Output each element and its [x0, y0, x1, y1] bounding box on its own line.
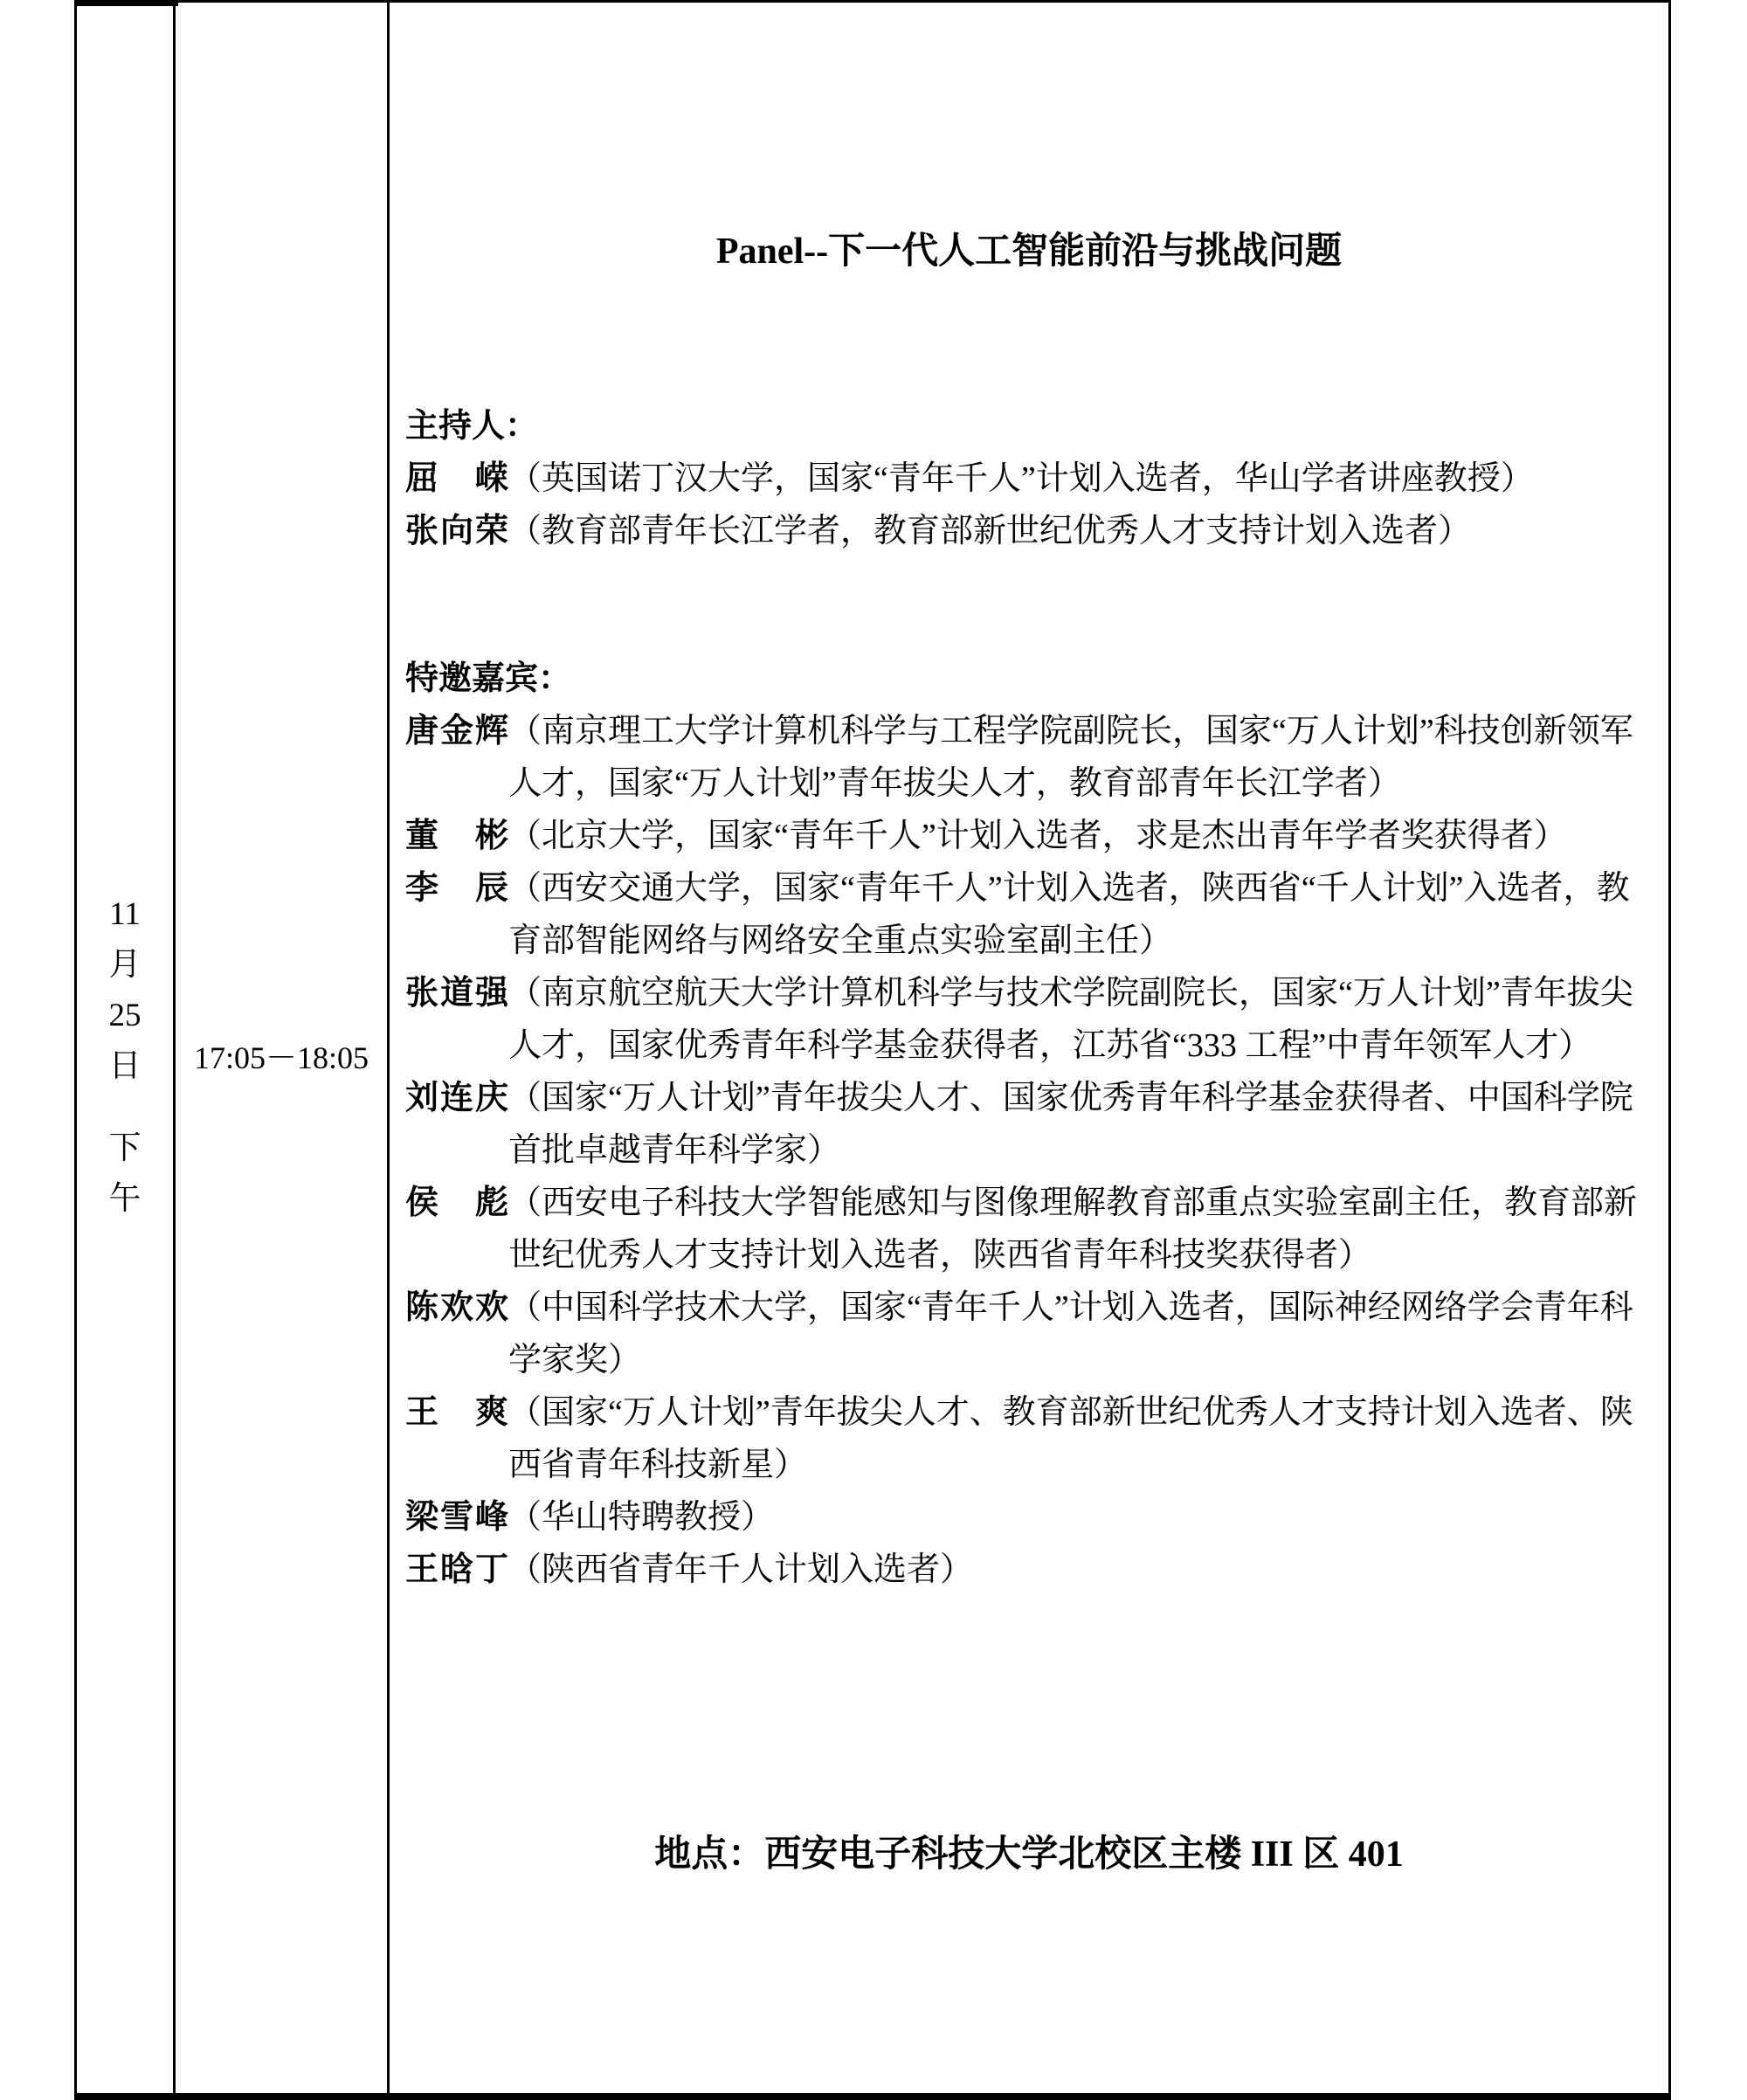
date-period: 下 午: [77, 1123, 173, 1225]
person-name: 陈欢欢: [405, 1281, 508, 1334]
person-name: 王爽: [405, 1386, 508, 1439]
session-location: 地点：西安电子科技大学北校区主楼 III 区 401: [390, 1828, 1668, 1881]
guests-block: 特邀嘉宾： 唐金辉 （南京理工大学计算机科学与工程学院副院长，国家“万人计划”科…: [405, 653, 1649, 1596]
person-name: 张道强: [405, 967, 508, 1019]
person-description: （英国诺丁汉大学，国家“青年千人”计划入选者，华山学者讲座教授）: [508, 452, 1649, 505]
person-entry: 王爽 （国家“万人计划”青年拔尖人才、教育部新世纪优秀人才支持计划入选者、陕西省…: [405, 1386, 1649, 1491]
moderators-block: 主持人： 屈嵘 （英国诺丁汉大学，国家“青年千人”计划入选者，华山学者讲座教授）…: [405, 400, 1649, 557]
person-name: 屈嵘: [405, 452, 508, 505]
person-entry: 王晗丁 （陕西省青年千人计划入选者）: [405, 1544, 1649, 1596]
moderators-label: 主持人：: [405, 400, 1649, 452]
person-description: （南京理工大学计算机科学与工程学院副院长，国家“万人计划”科技创新领军人才，国家…: [508, 705, 1649, 810]
date-month-day: 11 月 25 日: [77, 889, 173, 1092]
person-name: 侯彪: [405, 1177, 508, 1229]
person-description: （中国科学技术大学，国家“青年千人”计划入选者，国际神经网络学会青年科学家奖）: [508, 1281, 1649, 1386]
date-character: 月: [77, 940, 173, 991]
date-character: 日: [77, 1041, 173, 1092]
person-entry: 陈欢欢 （中国科学技术大学，国家“青年千人”计划入选者，国际神经网络学会青年科学…: [405, 1281, 1649, 1386]
time-range: 17:05－18:05: [176, 1032, 387, 1084]
person-description: （西安电子科技大学智能感知与图像理解教育部重点实验室副主任，教育部新世纪优秀人才…: [508, 1177, 1649, 1281]
person-name: 刘连庆: [405, 1072, 508, 1124]
person-entry: 屈嵘 （英国诺丁汉大学，国家“青年千人”计划入选者，华山学者讲座教授）: [405, 452, 1649, 505]
person-name: 张向荣: [405, 505, 508, 557]
time-cell: 17:05－18:05: [176, 3, 390, 2093]
person-name: 梁雪峰: [405, 1491, 508, 1544]
person-entry: 唐金辉 （南京理工大学计算机科学与工程学院副院长，国家“万人计划”科技创新领军人…: [405, 705, 1649, 810]
date-character: 午: [77, 1174, 173, 1225]
guests-label: 特邀嘉宾：: [405, 653, 1649, 705]
person-description: （国家“万人计划”青年拔尖人才、教育部新世纪优秀人才支持计划入选者、陕西省青年科…: [508, 1386, 1649, 1491]
schedule-table: 11 月 25 日 下 午 17:05－18:05 Panel--下一代人工智能…: [74, 0, 1671, 2100]
person-entry: 李辰 （西安交通大学，国家“青年千人”计划入选者，陕西省“千人计划”入选者，教育…: [405, 862, 1649, 967]
person-description: （国家“万人计划”青年拔尖人才、国家优秀青年科学基金获得者、中国科学院首批卓越青…: [508, 1072, 1649, 1177]
person-entry: 张向荣 （教育部青年长江学者，教育部新世纪优秀人才支持计划入选者）: [405, 505, 1649, 557]
person-description: （西安交通大学，国家“青年千人”计划入选者，陕西省“千人计划”入选者，教育部智能…: [508, 862, 1649, 967]
person-description: （北京大学，国家“青年千人”计划入选者，求是杰出青年学者奖获得者）: [508, 810, 1649, 862]
person-name: 唐金辉: [405, 705, 508, 757]
person-description: （教育部青年长江学者，教育部新世纪优秀人才支持计划入选者）: [508, 505, 1649, 557]
person-entry: 梁雪峰 （华山特聘教授）: [405, 1491, 1649, 1544]
person-name: 王晗丁: [405, 1544, 508, 1596]
person-entry: 侯彪 （西安电子科技大学智能感知与图像理解教育部重点实验室副主任，教育部新世纪优…: [405, 1177, 1649, 1281]
person-entry: 张道强 （南京航空航天大学计算机科学与技术学院副院长，国家“万人计划”青年拔尖人…: [405, 967, 1649, 1072]
date-character: 下: [77, 1123, 173, 1174]
person-entry: 刘连庆 （国家“万人计划”青年拔尖人才、国家优秀青年科学基金获得者、中国科学院首…: [405, 1072, 1649, 1177]
date-cell: 11 月 25 日 下 午: [77, 3, 176, 2093]
date-character: 25: [77, 991, 173, 1041]
person-description: （华山特聘教授）: [508, 1491, 1649, 1544]
person-description: （南京航空航天大学计算机科学与技术学院副院长，国家“万人计划”青年拔尖人才，国家…: [508, 967, 1649, 1072]
moderators-list: 屈嵘 （英国诺丁汉大学，国家“青年千人”计划入选者，华山学者讲座教授） 张向荣 …: [405, 452, 1649, 557]
date-character: 11: [77, 889, 173, 940]
person-name: 李辰: [405, 862, 508, 915]
person-name: 董彬: [405, 810, 508, 862]
person-entry: 董彬 （北京大学，国家“青年千人”计划入选者，求是杰出青年学者奖获得者）: [405, 810, 1649, 862]
session-title: Panel--下一代人工智能前沿与挑战问题: [390, 225, 1668, 278]
session-cell: Panel--下一代人工智能前沿与挑战问题 主持人： 屈嵘 （英国诺丁汉大学，国…: [390, 3, 1668, 2093]
person-description: （陕西省青年千人计划入选者）: [508, 1544, 1649, 1596]
guests-list: 唐金辉 （南京理工大学计算机科学与工程学院副院长，国家“万人计划”科技创新领军人…: [405, 705, 1649, 1596]
